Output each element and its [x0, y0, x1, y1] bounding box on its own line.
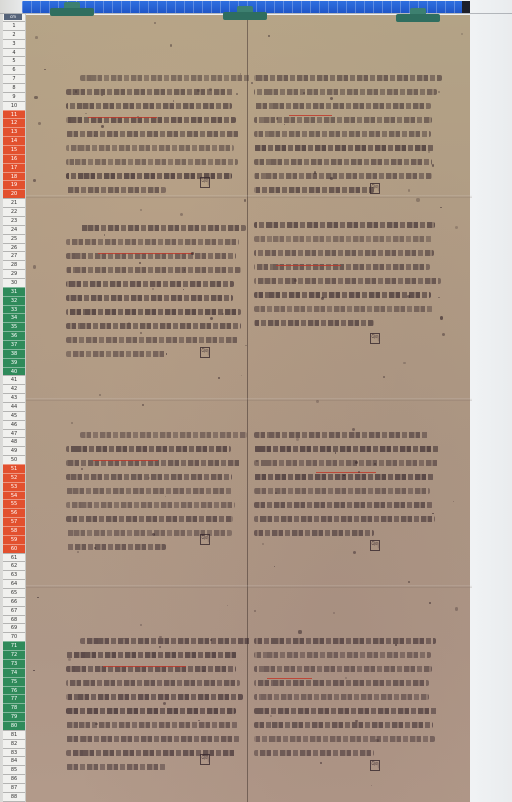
text-line-left	[66, 488, 232, 494]
paper-speck	[95, 723, 98, 726]
red-ink-mark	[267, 678, 312, 679]
paper-speck	[438, 297, 440, 299]
scale-mark: 13	[3, 127, 25, 136]
text-line-left	[66, 323, 241, 329]
text-line-left	[80, 638, 251, 644]
scale-mark: 40	[3, 367, 25, 376]
scale-mark: 86	[3, 774, 25, 783]
scale-mark: 15	[3, 145, 25, 154]
text-line-right	[254, 750, 374, 756]
scale-mark: 72	[3, 650, 25, 659]
text-line-left	[66, 722, 238, 728]
text-line-right	[254, 89, 437, 95]
text-line-right	[254, 222, 435, 228]
scale-mark: 49	[3, 446, 25, 455]
binder-clip-center	[223, 6, 267, 20]
text-line-right	[254, 236, 433, 242]
paper-speck	[75, 90, 78, 93]
paper-speck	[408, 581, 410, 583]
red-ink-mark	[88, 117, 157, 118]
horizontal-fold-line	[26, 585, 472, 588]
text-line-left	[66, 516, 233, 522]
paper-speck	[330, 177, 333, 180]
text-line-left	[80, 225, 246, 231]
scale-mark: 66	[3, 597, 25, 606]
paper-speck	[375, 739, 378, 742]
scale-mark: 61	[3, 553, 25, 562]
paper-speck	[416, 198, 419, 201]
text-line-left	[66, 187, 166, 193]
scale-mark: 9	[3, 92, 25, 101]
scale-mark: 65	[3, 588, 25, 597]
text-line-left	[66, 309, 241, 315]
scale-mark: 24	[3, 225, 25, 234]
text-line-left	[66, 337, 238, 343]
scale-mark: 80	[3, 721, 25, 730]
red-ink-mark	[93, 460, 158, 461]
seal-mark: ཡིག	[200, 534, 210, 545]
text-line-left	[66, 446, 231, 452]
scale-mark: 38	[3, 349, 25, 358]
text-line-right	[254, 250, 434, 256]
scale-mark: 16	[3, 154, 25, 163]
paper-speck	[316, 400, 318, 402]
paper-speck	[374, 463, 375, 464]
text-line-right	[254, 320, 374, 326]
scale-mark: 37	[3, 340, 25, 349]
scale-mark: 81	[3, 730, 25, 739]
text-line-right	[254, 488, 430, 494]
text-line-right	[254, 173, 432, 179]
scale-mark: 31	[3, 287, 25, 296]
red-ink-mark	[98, 253, 193, 254]
scale-mark: 67	[3, 606, 25, 615]
scale-mark: 25	[3, 234, 25, 243]
text-line-right	[254, 652, 431, 658]
text-line-right	[254, 145, 434, 151]
text-line-left	[66, 502, 235, 508]
red-ink-mark	[276, 265, 341, 266]
paper-speck	[395, 644, 396, 645]
seal-mark: ཡིག	[370, 183, 380, 194]
seal-mark: ཡིག	[370, 333, 380, 344]
scale-mark: 14	[3, 136, 25, 145]
paper-speck	[38, 122, 41, 125]
text-line-right	[254, 460, 439, 466]
seal-mark: ཡིག	[200, 754, 210, 765]
scale-mark: 48	[3, 437, 25, 446]
scale-mark: 3	[3, 39, 25, 48]
scale-mark: 69	[3, 623, 25, 632]
paper-speck	[154, 22, 156, 24]
scale-mark: 29	[3, 269, 25, 278]
paper-speck	[352, 428, 355, 431]
text-line-left	[80, 75, 251, 81]
scale-mark: 7	[3, 74, 25, 83]
paper-speck	[191, 252, 194, 255]
scale-mark: 2	[3, 30, 25, 39]
text-line-left	[66, 267, 241, 273]
paper-speck	[33, 179, 36, 182]
text-line-right	[254, 159, 432, 165]
text-line-left	[66, 750, 236, 756]
scale-mark: 88	[3, 792, 25, 801]
text-line-left	[66, 736, 240, 742]
scale-mark: 8	[3, 83, 25, 92]
paper-speck	[298, 630, 301, 633]
paper-speck	[140, 332, 142, 334]
scale-mark: 70	[3, 632, 25, 641]
text-line-left	[66, 281, 234, 287]
scale-mark: 39	[3, 358, 25, 367]
binder-clip-left	[50, 2, 94, 16]
scale-mark: 33	[3, 305, 25, 314]
scale-mark: 84	[3, 756, 25, 765]
scale-mark: 42	[3, 384, 25, 393]
scale-unit-label: cm	[4, 14, 22, 20]
scale-mark: 55	[3, 499, 25, 508]
scale-mark: 74	[3, 668, 25, 677]
scale-mark: 59	[3, 535, 25, 544]
text-line-right	[254, 708, 438, 714]
paper-speck	[101, 125, 104, 128]
scale-mark: 78	[3, 703, 25, 712]
scale-mark: 53	[3, 482, 25, 491]
binder-clip-right	[396, 8, 440, 22]
scale-mark: 75	[3, 677, 25, 686]
text-line-right	[254, 278, 441, 284]
seal-mark: ཡིག	[200, 177, 210, 188]
scale-mark: 26	[3, 243, 25, 252]
scale-mark: 45	[3, 411, 25, 420]
text-line-right	[254, 680, 429, 686]
red-ink-mark	[289, 115, 332, 116]
text-line-left	[66, 351, 166, 357]
text-line-left	[66, 131, 239, 137]
scale-mark: 41	[3, 375, 25, 384]
scale-mark: 12	[3, 118, 25, 127]
scale-mark: 64	[3, 579, 25, 588]
scale-mark: 76	[3, 686, 25, 695]
scale-mark: 5	[3, 56, 25, 65]
text-line-left	[66, 764, 166, 770]
scale-mark: 22	[3, 207, 25, 216]
text-line-left	[66, 544, 166, 550]
scale-mark: 52	[3, 473, 25, 482]
text-line-left	[66, 145, 234, 151]
paper-speck	[166, 353, 167, 354]
text-line-left	[66, 239, 239, 245]
text-line-right	[254, 432, 429, 438]
paper-speck	[218, 377, 221, 380]
scale-mark: 56	[3, 508, 25, 517]
paper-speck	[275, 492, 277, 494]
scale-mark: 54	[3, 491, 25, 500]
scale-mark: 17	[3, 163, 25, 172]
paper-speck	[34, 96, 37, 99]
scale-mark: 83	[3, 748, 25, 757]
scale-mark: 85	[3, 765, 25, 774]
seal-mark: ཡིག	[370, 760, 380, 771]
paper-speck	[440, 316, 443, 319]
text-line-right	[254, 306, 433, 312]
text-line-right	[254, 117, 432, 123]
paper-speck	[407, 295, 410, 298]
scale-mark: 63	[3, 570, 25, 579]
paper-speck	[123, 638, 124, 639]
paper-speck	[355, 720, 357, 722]
scale-mark: 4	[3, 48, 25, 57]
scale-mark: 57	[3, 517, 25, 526]
text-line-left	[66, 708, 236, 714]
paper-speck	[202, 670, 205, 673]
horizontal-fold-line	[26, 195, 472, 198]
paper-speck	[33, 265, 36, 268]
red-ink-mark	[316, 472, 376, 473]
paper-speck	[71, 422, 73, 424]
text-line-right	[254, 694, 429, 700]
paper-speck	[37, 597, 38, 598]
paper-speck	[276, 117, 278, 119]
paper-speck	[35, 36, 38, 39]
text-line-left	[66, 680, 240, 686]
scale-mark: 23	[3, 216, 25, 225]
scale-mark: 62	[3, 561, 25, 570]
text-line-right	[254, 666, 432, 672]
paper-speck	[142, 404, 143, 405]
text-line-right	[254, 446, 439, 452]
text-line-right	[254, 516, 435, 522]
scale-mark: 82	[3, 739, 25, 748]
text-line-right	[254, 292, 431, 298]
paper-speck	[101, 95, 102, 96]
paper-speck	[140, 624, 142, 626]
scale-mark: 34	[3, 313, 25, 322]
seal-mark: ཡིག	[200, 347, 210, 358]
scale-mark: 1	[3, 21, 25, 30]
seal-mark: ཡིག	[370, 540, 380, 551]
text-line-left	[80, 432, 247, 438]
text-line-right	[254, 187, 374, 193]
text-line-right	[254, 131, 431, 137]
text-line-left	[66, 295, 233, 301]
paper-speck	[236, 93, 238, 95]
scale-mark: 47	[3, 429, 25, 438]
scale-mark: 87	[3, 783, 25, 792]
text-line-right	[254, 530, 374, 536]
scale-mark: 20	[3, 189, 25, 198]
scale-mark: 77	[3, 694, 25, 703]
paper-speck	[197, 89, 200, 92]
text-line-left	[66, 159, 238, 165]
scale-mark: 32	[3, 296, 25, 305]
scale-mark: 73	[3, 659, 25, 668]
scale-mark: 11	[3, 110, 25, 119]
paper-speck	[345, 677, 346, 678]
scale-mark: 50	[3, 455, 25, 464]
scale-mark: 58	[3, 526, 25, 535]
paper-speck	[137, 116, 138, 117]
horizontal-fold-line	[26, 398, 472, 401]
text-line-left	[66, 652, 237, 658]
scale-mark: 44	[3, 402, 25, 411]
scale-mark: 19	[3, 180, 25, 189]
text-line-right	[254, 722, 433, 728]
centimetre-scale: cm 1234567891011121314151617181920212223…	[3, 14, 26, 802]
scale-mark: 10	[3, 101, 25, 110]
text-line-right	[254, 75, 442, 81]
paper-speck	[140, 209, 142, 211]
scale-mark: 79	[3, 712, 25, 721]
scale-mark: 36	[3, 331, 25, 340]
red-ink-mark	[103, 666, 186, 667]
text-line-right	[254, 736, 435, 742]
scale-mark: 68	[3, 615, 25, 624]
scale-mark: 6	[3, 65, 25, 74]
scale-mark: 43	[3, 393, 25, 402]
text-line-right	[254, 103, 431, 109]
scale-mark: 46	[3, 420, 25, 429]
text-line-right	[254, 502, 433, 508]
scale-mark: 21	[3, 198, 25, 207]
text-line-left	[66, 103, 232, 109]
scale-mark: 35	[3, 322, 25, 331]
scale-mark: 60	[3, 544, 25, 553]
scale-mark: 30	[3, 278, 25, 287]
scale-mark: 71	[3, 641, 25, 650]
scale-mark: 18	[3, 172, 25, 181]
paper-speck	[438, 91, 440, 93]
paper-speck	[461, 33, 463, 35]
scale-mark: 51	[3, 464, 25, 473]
text-line-right	[254, 638, 436, 644]
paper-speck	[77, 551, 79, 553]
text-line-left	[66, 694, 243, 700]
scale-mark: 27	[3, 251, 25, 260]
vertical-fold-line	[247, 18, 248, 802]
paper-speck	[403, 362, 405, 364]
scale-mark: 28	[3, 260, 25, 269]
